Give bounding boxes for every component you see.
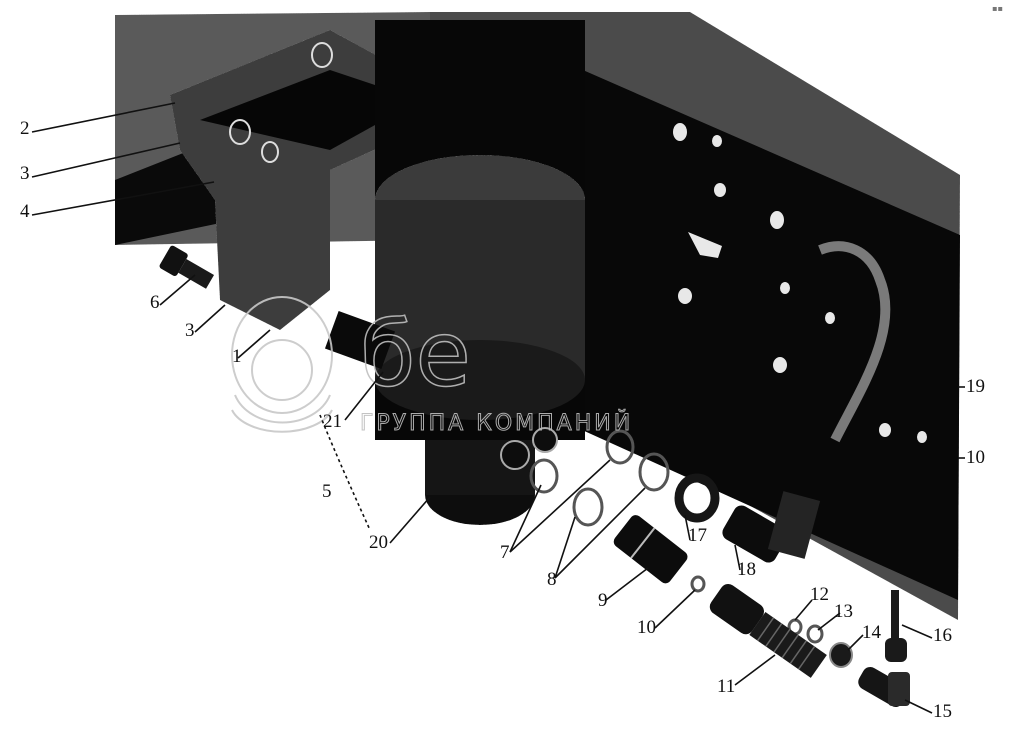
callout-label-20: 20 — [369, 532, 388, 553]
bushing-part-9 — [611, 513, 690, 586]
callout-label-3: 3 — [20, 163, 30, 184]
ring-part-17 — [679, 478, 715, 518]
callout-label-19: 19 — [966, 376, 985, 397]
callout-label-3b: 3 — [185, 320, 195, 341]
callout-label-10b: 10 — [966, 447, 985, 468]
exploded-parts-diagram: бе ГРУППА КОМПАНИЙ 2 3 4 6 3 — [0, 0, 1009, 736]
corner-mark: ▪▪ — [992, 4, 1003, 13]
fitting-part-15 — [855, 664, 910, 710]
callout-label-15: 15 — [933, 701, 952, 722]
nut-part-14 — [830, 643, 852, 667]
watermark-logo-text: бе — [360, 302, 471, 407]
diagram-canvas: бе ГРУППА КОМПАНИЙ 2 3 4 6 3 — [0, 0, 1009, 736]
callout-label-4: 4 — [20, 201, 30, 222]
callout-label-5: 5 — [322, 481, 332, 502]
callout-label-8: 8 — [547, 569, 557, 590]
callout-label-12: 12 — [810, 584, 829, 605]
callout-label-16: 16 — [933, 625, 952, 646]
watermark-caption: ГРУППА КОМПАНИЙ — [360, 410, 633, 436]
o-ring-part-10 — [692, 577, 704, 591]
callout-label-9: 9 — [598, 590, 608, 611]
callout-label-13: 13 — [834, 601, 853, 622]
callout-label-11: 11 — [717, 676, 735, 697]
callout-label-14: 14 — [862, 622, 882, 643]
callout-label-21: 21 — [323, 411, 342, 432]
washer-part-8a — [574, 489, 602, 525]
callout-label-7: 7 — [500, 542, 510, 563]
bolt-part-6 — [158, 245, 216, 294]
callout-label-17: 17 — [688, 525, 707, 546]
callout-label-1: 1 — [232, 346, 242, 367]
callout-label-18: 18 — [737, 559, 756, 580]
callout-label-10: 10 — [637, 617, 656, 638]
callout-label-6: 6 — [150, 292, 160, 313]
callout-label-2: 2 — [20, 118, 30, 139]
